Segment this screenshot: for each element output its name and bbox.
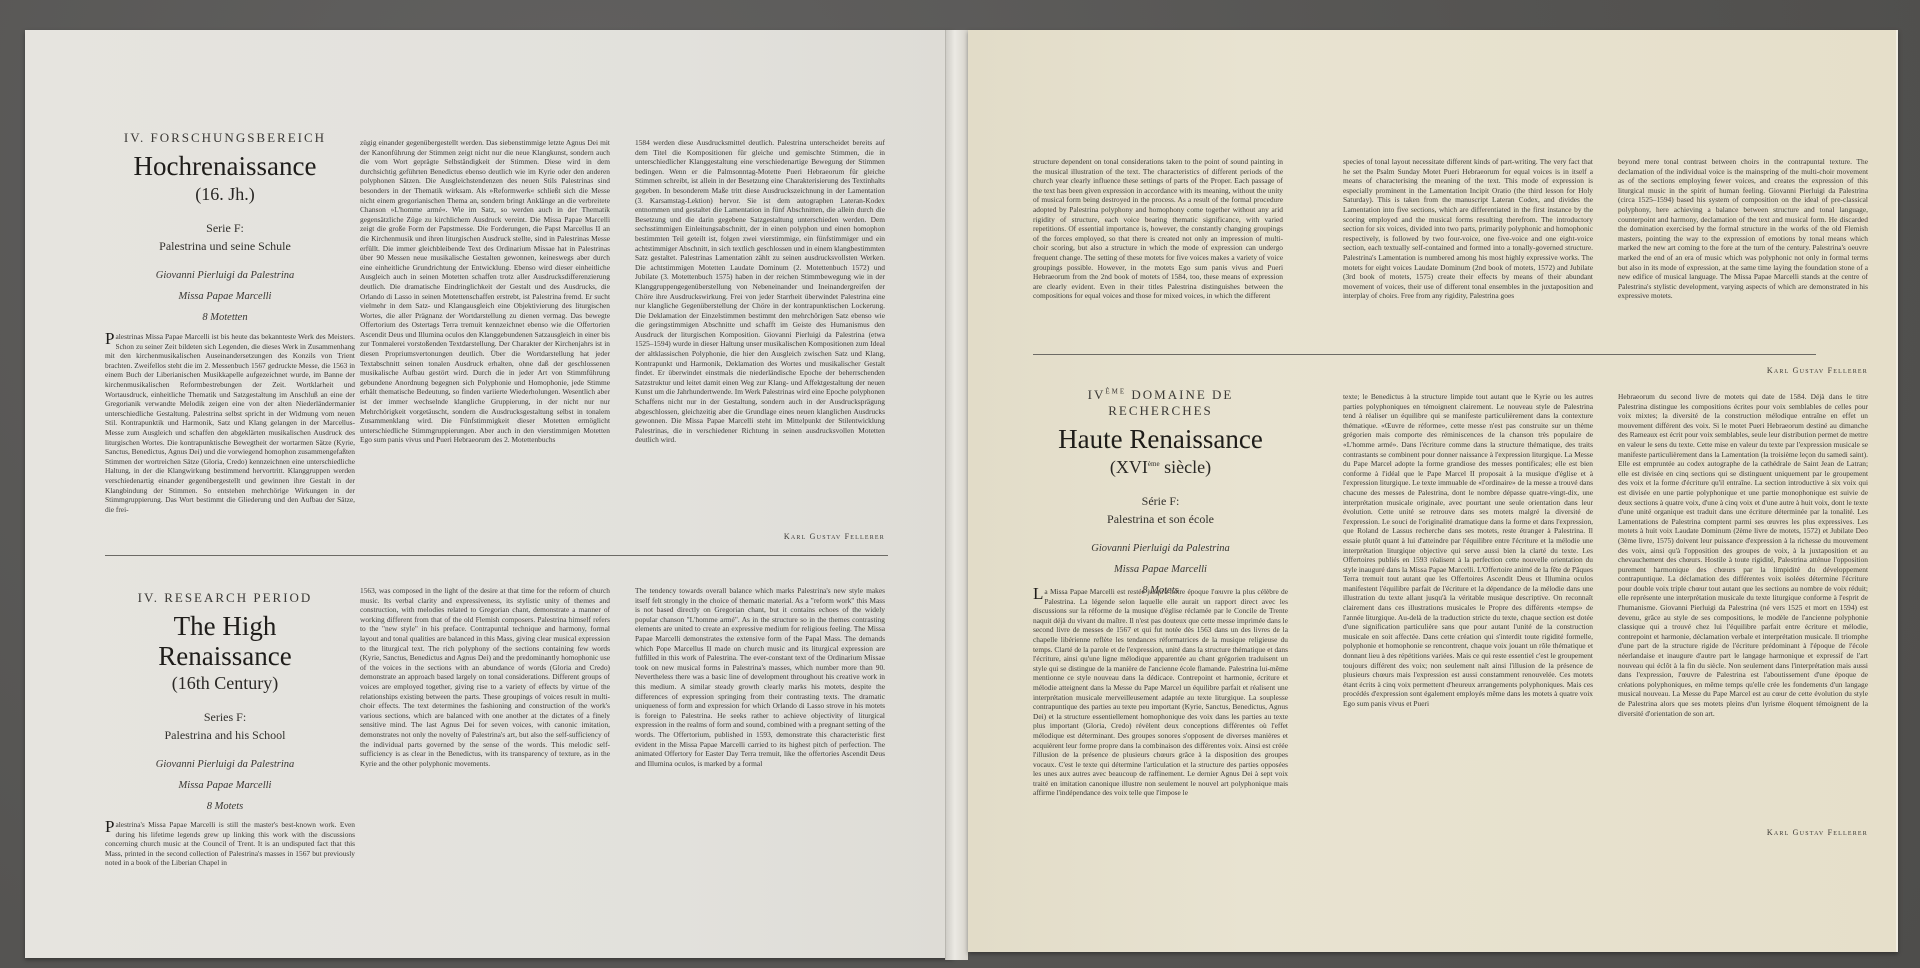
section-divider-left: [105, 555, 888, 556]
german-column-3-wrap: 1584 werden diese Ausdrucksmittel deutli…: [635, 138, 885, 541]
french-period-prefix: IV: [1088, 387, 1106, 402]
english-composer: Giovanni Pierluigi da Palestrina: [105, 754, 345, 775]
english-continued-column-3: beyond mere tonal contrast between choir…: [1618, 157, 1868, 362]
french-subtitle: (XVIème siècle): [1033, 457, 1288, 478]
english-signature: Karl Gustav Fellerer: [1618, 366, 1868, 375]
english-column-1: Palestrina's Missa Papae Marcelli is sti…: [105, 820, 355, 890]
german-column-3: 1584 werden diese Ausdrucksmittel deutli…: [635, 138, 885, 528]
german-column-1: Palestrinas Missa Papae Marcelli ist bis…: [105, 332, 355, 547]
english-section: IV. Research Period The High Renaissance…: [105, 590, 345, 817]
french-column-1: La Missa Papae Marcelli est restée jusqu…: [1033, 587, 1288, 887]
german-signature: Karl Gustav Fellerer: [635, 532, 885, 541]
german-count: 8 Motetten: [105, 307, 345, 328]
french-subtitle-suffix: siècle): [1160, 457, 1211, 477]
german-subtitle: (16. Jh.): [105, 184, 345, 205]
right-panel-sheet: structure dependent on tonal considerati…: [968, 30, 1898, 952]
english-title: The High Renaissance: [105, 612, 345, 671]
section-divider-right: [1033, 354, 1816, 355]
german-series: Serie F: Palestrina und seine Schule: [105, 219, 345, 255]
english-heading: IV. Research Period The High Renaissance…: [105, 590, 345, 817]
german-series-label: Serie F:: [105, 219, 345, 237]
french-period-sup: ème: [1105, 388, 1126, 396]
german-period: IV. Forschungsbereich: [105, 130, 345, 146]
german-work: Missa Papae Marcelli: [105, 286, 345, 307]
french-period: IVème Domaine de recherches: [1033, 387, 1288, 419]
english-works: Giovanni Pierluigi da Palestrina Missa P…: [105, 754, 345, 817]
english-period: IV. Research Period: [105, 590, 345, 606]
french-work: Missa Papae Marcelli: [1033, 559, 1288, 580]
french-series: Série F: Palestrina et son école: [1033, 492, 1288, 528]
gatefold-spine: [945, 30, 968, 960]
french-column-3-wrap: Hebraeorum du second livre de motets qui…: [1618, 392, 1868, 837]
german-heading: IV. Forschungsbereich Hochrenaissance (1…: [105, 130, 345, 328]
german-works: Giovanni Pierluigi da Palestrina Missa P…: [105, 265, 345, 328]
english-continued-column-1: structure dependent on tonal considerati…: [1033, 157, 1283, 382]
english-work: Missa Papae Marcelli: [105, 775, 345, 796]
french-subtitle-sup: ème: [1148, 460, 1160, 468]
english-column-3: The tendency towards overall balance whi…: [635, 586, 885, 886]
french-column-2: texte; le Benedictus à la structure limp…: [1343, 392, 1593, 887]
french-title: Haute Renaissance: [1033, 425, 1288, 455]
english-series: Series F: Palestrina and his School: [105, 708, 345, 744]
french-composer: Giovanni Pierluigi da Palestrina: [1033, 538, 1288, 559]
english-series-label: Series F:: [105, 708, 345, 726]
english-continued-column-3-wrap: beyond mere tonal contrast between choir…: [1618, 157, 1868, 375]
german-column-2: zügig einander gegenübergestellt werden.…: [360, 138, 610, 546]
french-series-label: Série F:: [1033, 492, 1288, 510]
french-heading: IVème Domaine de recherches Haute Renais…: [1033, 387, 1288, 601]
french-column-3: Hebraeorum du second livre de motets qui…: [1618, 392, 1868, 824]
german-composer: Giovanni Pierluigi da Palestrina: [105, 265, 345, 286]
french-subtitle-prefix: (XVI: [1110, 457, 1148, 477]
english-column-2: 1563, was composed in the light of the d…: [360, 586, 610, 886]
english-subtitle: (16th Century): [105, 673, 345, 694]
english-continued-column-2: species of tonal layout necessitate diff…: [1343, 157, 1593, 382]
french-section: IVème Domaine de recherches Haute Renais…: [1033, 387, 1288, 601]
french-period-text: Domaine de recherches: [1108, 387, 1233, 418]
french-signature: Karl Gustav Fellerer: [1618, 828, 1868, 837]
english-count: 8 Motets: [105, 796, 345, 817]
english-series-name: Palestrina and his School: [105, 726, 345, 744]
german-section: IV. Forschungsbereich Hochrenaissance (1…: [105, 130, 345, 328]
german-series-name: Palestrina und seine Schule: [105, 237, 345, 255]
german-title: Hochrenaissance: [105, 152, 345, 182]
french-series-name: Palestrina et son école: [1033, 510, 1288, 528]
left-panel-sheet: IV. Forschungsbereich Hochrenaissance (1…: [25, 30, 953, 958]
